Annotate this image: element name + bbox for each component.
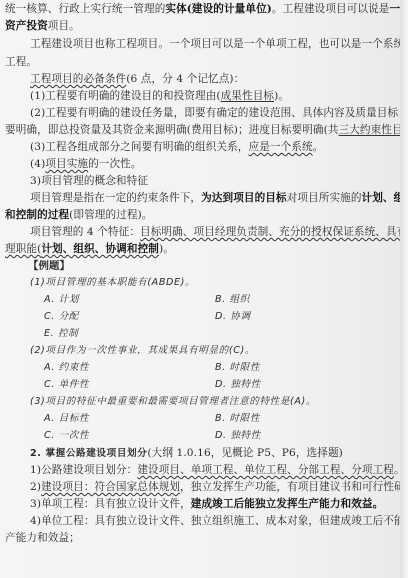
- text-line: 项目管理是指在一定的约束条件下，为达到项目的目标对项目所实施的计划、组织、协调: [30, 191, 408, 205]
- option-a: A. 计划: [44, 293, 79, 307]
- option-b: B. 时限性: [215, 361, 260, 375]
- text-line: 工程。: [5, 55, 37, 69]
- option-e: E. 控制: [44, 327, 78, 341]
- page-edge: [400, 0, 408, 578]
- text-line: 产能力和效益；: [5, 531, 80, 545]
- section-heading: 3)项目管理的概念和特征: [30, 174, 148, 188]
- text-line: (2)工程要有明确的建设任务量，即要有确定的建设范围、具体内容及质量目标；投资条…: [30, 106, 408, 120]
- option-a: A. 约束性: [44, 361, 89, 375]
- text-line: 4)单位工程：具有独立设计文件、独立组织施工、成本对象，但建成竣工后不能独立发挥…: [30, 514, 408, 528]
- text-line: 理职能(计划、组织、协调和控制)。: [5, 242, 174, 256]
- text-line: 1)公路建设项目划分：建设项目、单项工程、单位工程、分部工程、分项工程。: [30, 463, 405, 477]
- document-page: 统一核算、行政上实行统一管理的实体(建设的计量单位)。工程建设项目可以说是一项固…: [0, 0, 400, 578]
- text-line: 资产投资项目。: [5, 19, 80, 33]
- text-line: 要明确，即总投资量及其资金来源明确(费用目标)；进度目标要明确(共三大约束性目标…: [5, 123, 408, 137]
- option-c: C. 单件性: [44, 378, 89, 392]
- question-stem: (1)项目管理的基本职能有(ABDE)。: [30, 276, 195, 290]
- option-d: D. 独特性: [215, 378, 261, 392]
- text-line: (3)工程各组成部分之间要有明确的组织关系，应是一个系统。: [30, 140, 323, 154]
- section-heading: 2. 掌握公路建设项目划分(大纲 1.0.16，见概论 P5、P6，选择题): [30, 446, 343, 461]
- option-b: B. 时限性: [215, 412, 260, 426]
- text-line: 项目管理的 4 个特征：目标明确、项目经理负责制、充分的授权保证系统、具有全面项…: [30, 225, 408, 239]
- option-c: C. 分配: [44, 310, 79, 324]
- option-d: D. 独特性: [215, 429, 261, 443]
- text-line: 统一核算、行政上实行统一管理的实体(建设的计量单位)。工程建设项目可以说是一项固…: [5, 2, 408, 16]
- option-a: A. 目标性: [44, 412, 89, 426]
- option-b: B. 组织: [215, 293, 250, 307]
- example-heading: 【例题】: [28, 259, 70, 273]
- text-line: 工程建设项目也称工程项目。一个项目可以是一个单项工程，也可以是一个系统的群体: [30, 37, 408, 51]
- text-line: 工程项目的必备条件(6 点，分 4 个记忆点)：: [30, 72, 244, 86]
- question-stem: (3)项目的特征中最重要和最需要项目管理者注意的特性是(A)。: [30, 395, 316, 409]
- option-d: D. 协调: [215, 310, 251, 324]
- text-line: 和控制的过程(即管理的过程)。: [5, 208, 153, 222]
- question-stem: (2)项目作为一次性事业，其成果具有明显的(C)。: [30, 344, 255, 358]
- option-c: C. 一次性: [44, 429, 89, 443]
- text-line: 3)单项工程：具有独立设计文件，建成竣工后能独立发挥生产能力和效益。: [30, 497, 383, 511]
- text-line: (1)工程要有明确的建设目的和投资理由(成果性目标)。: [30, 89, 289, 103]
- text-line: 2)建设项目：符合国家总体规划，独立发挥生产功能，有项目建议书和可行性研究。: [30, 480, 408, 494]
- text-line: (4)项目实施的一次性。: [30, 157, 142, 171]
